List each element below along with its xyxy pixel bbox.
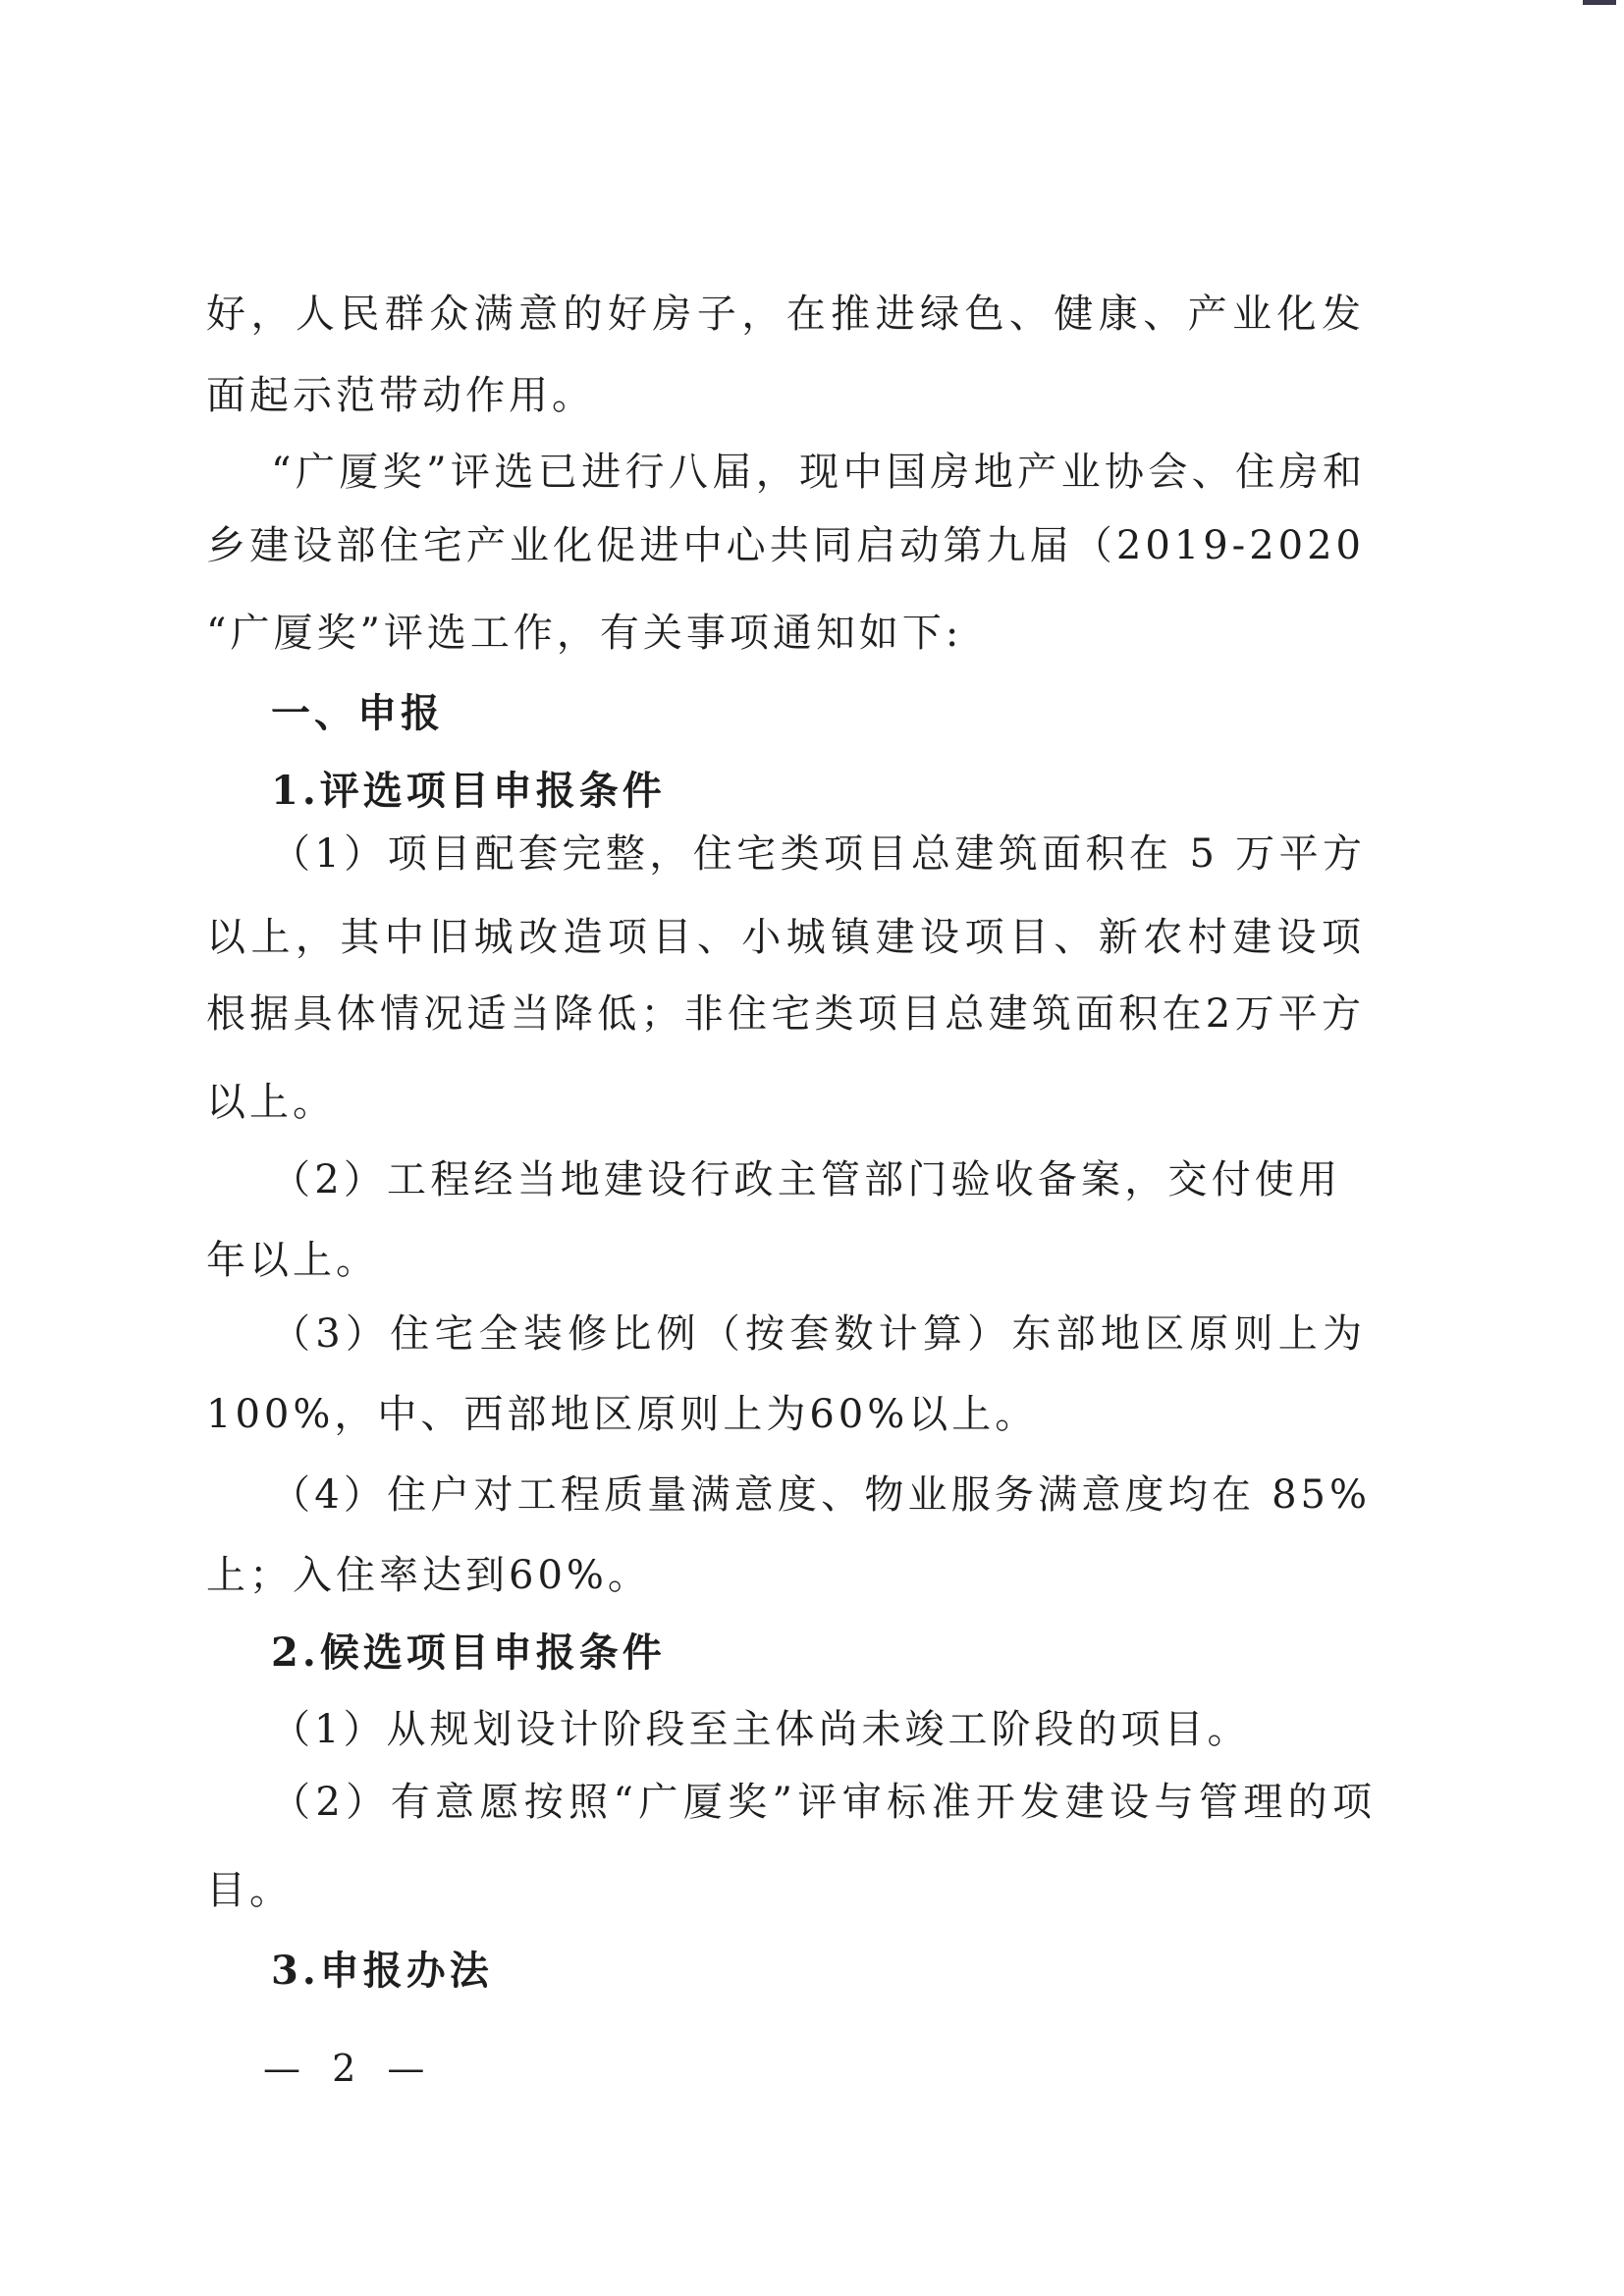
text-line: 目。	[206, 1863, 1365, 1918]
text-line: 100%，中、西部地区原则上为60%以上。	[206, 1387, 1365, 1442]
subsection-heading: 2.候选项目申报条件	[271, 1626, 1430, 1681]
text-line: （1）项目配套完整，住宅类项目总建筑面积在 5 万平方米	[271, 827, 1366, 881]
subsection-heading: 3.申报办法	[271, 1944, 1430, 1999]
text-line: （1）从规划设计阶段至主体尚未竣工阶段的项目。	[271, 1702, 1430, 1757]
text-line: “广厦奖”评选工作，有关事项通知如下:	[206, 606, 1365, 661]
text-line: 乡建设部住宅产业化促进中心共同启动第九届（2019-2020年度）	[206, 518, 1365, 573]
section-heading: 一、申报	[271, 686, 1430, 741]
text-line: “广厦奖”评选已进行八届，现中国房地产业协会、住房和城	[271, 445, 1366, 500]
text-line: 好，人民群众满意的好房子，在推进绿色、健康、产业化发展方	[206, 287, 1365, 342]
text-line: （4）住户对工程质量满意度、物业服务满意度均在 85%以	[271, 1468, 1371, 1522]
text-line: （3）住宅全装修比例（按套数计算）东部地区原则上为	[271, 1307, 1366, 1362]
text-line: 面起示范带动作用。	[206, 368, 1365, 423]
text-line: 根据具体情况适当降低；非住宅类项目总建筑面积在2万平方米	[206, 987, 1365, 1041]
scan-corner-mark	[1583, 0, 1616, 5]
text-line: 以上。	[206, 1075, 1365, 1130]
subsection-heading: 1.评选项目申报条件	[271, 764, 1430, 819]
page-number: — 2 —	[263, 2044, 434, 2093]
text-line: （2）工程经当地建设行政主管部门验收备案，交付使用一	[271, 1152, 1341, 1207]
text-line: 年以上。	[206, 1233, 1365, 1288]
text-line: 上；入住率达到60%。	[206, 1548, 1365, 1603]
text-line: （2）有意愿按照“广厦奖”评审标准开发建设与管理的项	[271, 1775, 1376, 1830]
text-line: 以上，其中旧城改造项目、小城镇建设项目、新农村建设项目可	[206, 910, 1365, 965]
